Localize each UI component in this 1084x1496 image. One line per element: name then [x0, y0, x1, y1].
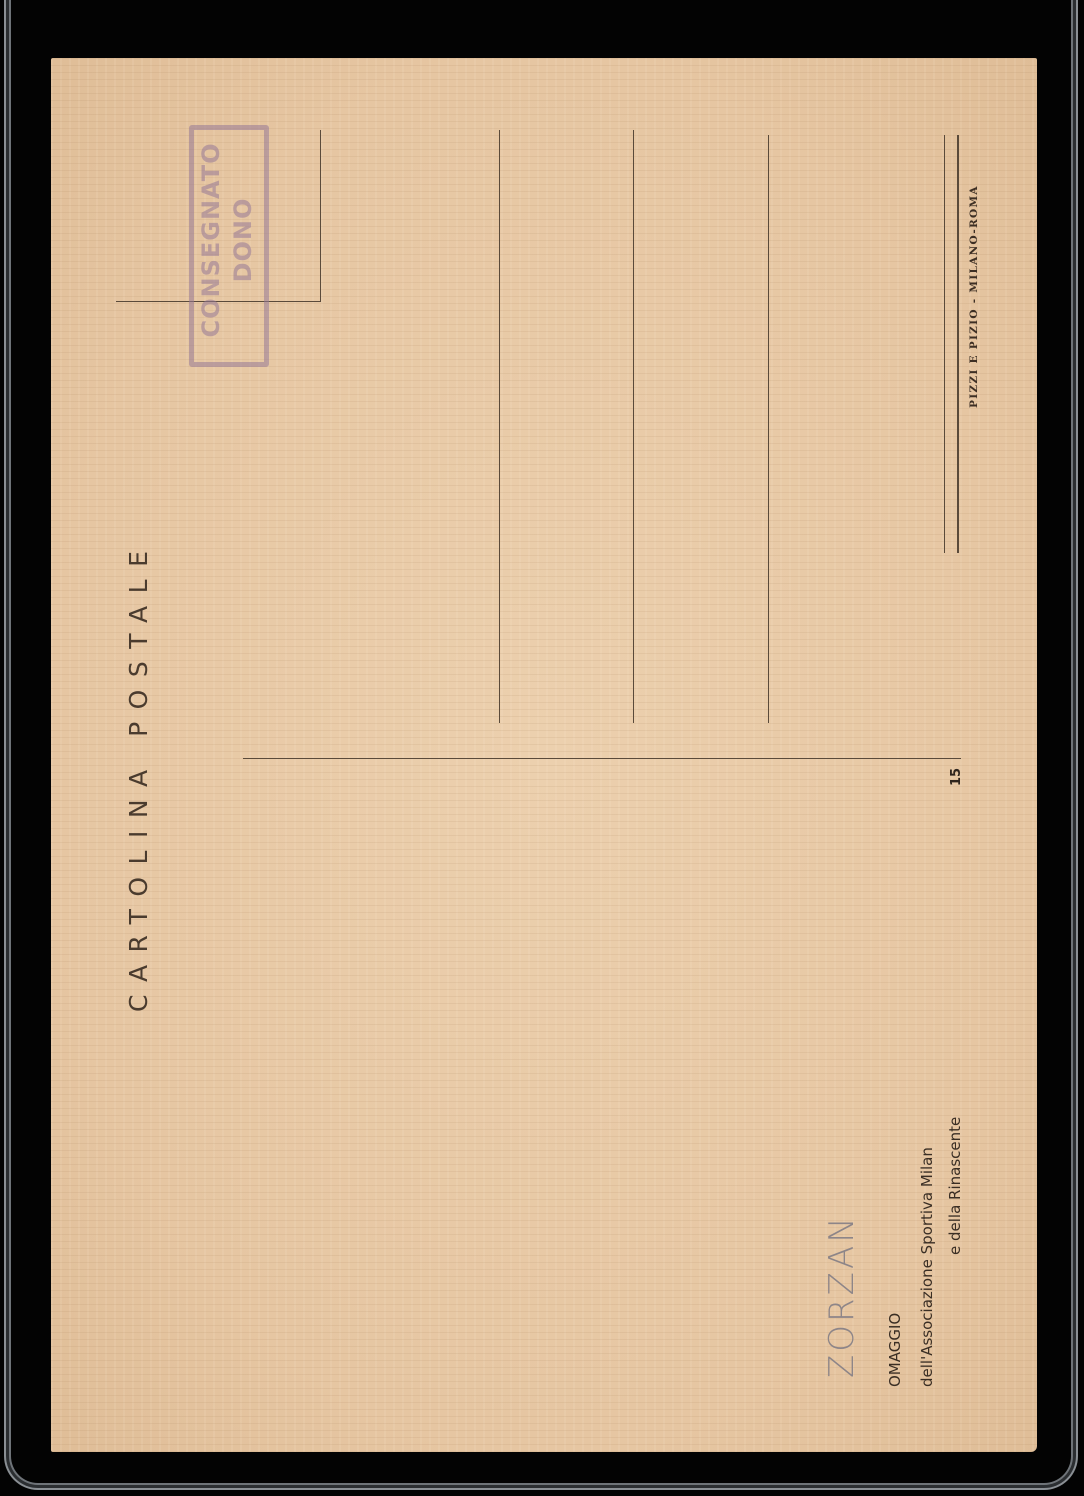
- printer-credit: PIZZI E PIZIO - MILANO-ROMA: [968, 185, 980, 408]
- stamp-box-right-line: [320, 130, 321, 302]
- handwritten-name: ZORZAN: [822, 1214, 862, 1378]
- card-number: 15: [949, 768, 964, 786]
- printer-line-thin: [944, 135, 945, 553]
- address-line-1: [499, 130, 500, 723]
- printer-line-thick: [957, 135, 959, 553]
- stamp-text-line2: DONO: [230, 190, 256, 290]
- center-divider-line: [243, 758, 961, 759]
- card-holder: CONSEGNATO DONO PIZZI E PIZIO - MILANO-R…: [0, 0, 1084, 1496]
- dedication-association: dell'Associazione Sportiva Milan: [918, 1147, 936, 1387]
- dedication-omaggio: OMAGGIO: [886, 1313, 904, 1387]
- stamp-text-line1: CONSEGNATO: [198, 135, 224, 345]
- address-line-2: [633, 130, 634, 723]
- address-line-3: [768, 135, 769, 723]
- dedication-rinascente: e della Rinascente: [946, 1117, 964, 1255]
- postcard-title: CARTOLINA POSTALE: [124, 539, 153, 1012]
